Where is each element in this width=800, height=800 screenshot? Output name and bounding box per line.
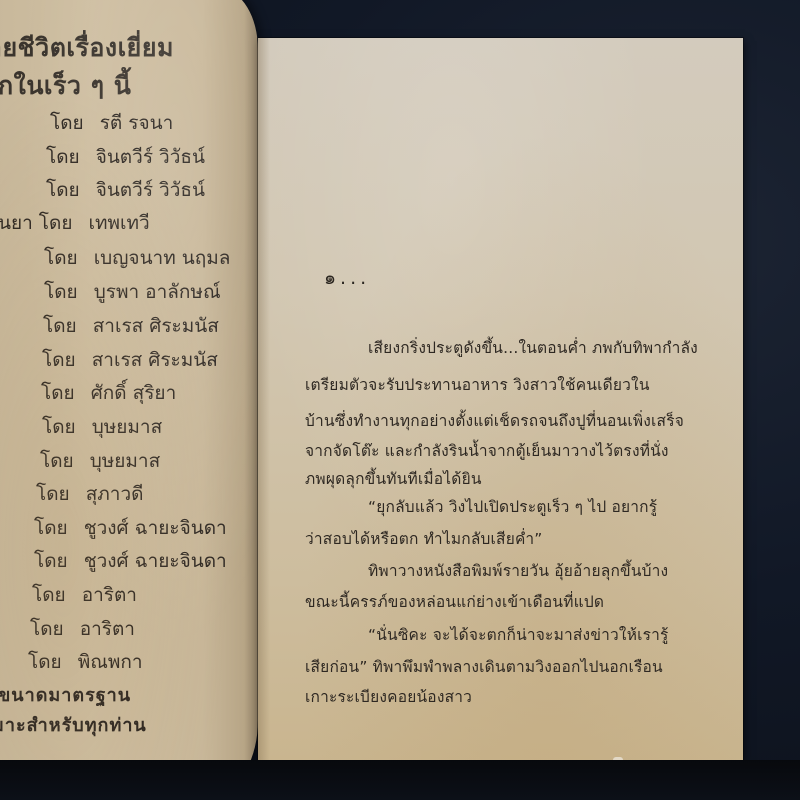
- by-label: โดย: [44, 243, 78, 273]
- text-line: ว่าสอบได้หรือตก ทำไมกลับเสียค่ำ”: [305, 526, 543, 551]
- author-name: จินตวีร์ วิวัธน์: [96, 175, 205, 205]
- by-label: โดย: [42, 412, 76, 442]
- list-item: โดยอาริตา: [30, 614, 135, 644]
- text-line: “นั่นซิคะ จะได้จะตกก็น่าจะมาส่งข่าวให้เร…: [368, 622, 669, 647]
- by-label: โดย: [39, 208, 73, 238]
- by-label: โดย: [41, 378, 75, 408]
- author-name: อาริตา: [82, 580, 137, 610]
- author-name: สุภาวดี: [86, 479, 144, 509]
- by-label: โดย: [44, 277, 78, 307]
- author-name: อาริตา: [80, 614, 135, 644]
- author-name: เทพเทวี: [88, 208, 149, 238]
- by-label: โดย: [28, 647, 62, 677]
- text-line: ทิพาวางหนังสือพิมพ์รายวัน อุ้ยอ้ายลุกขึ้…: [368, 558, 668, 583]
- list-item: โดยเบญจนาท นฤมล: [44, 243, 230, 273]
- list-item: โดยรตี รจนา: [50, 108, 173, 138]
- right-page-content: ๑... เสียงกริ่งประตูดังขึ้น...ในตอนค่ำ ภ…: [258, 38, 743, 760]
- by-label: โดย: [30, 614, 64, 644]
- list-item: โดยอาริตา: [32, 580, 137, 610]
- text-line: ขณะนี้ครรภ์ของหล่อนแก่ย่างเข้าเดือนที่แป…: [305, 589, 604, 614]
- text-line: เตรียมตัวจะรับประทานอาหาร วิงสาวใช้คนเดี…: [305, 372, 650, 397]
- author-name: รตี รจนา: [100, 108, 174, 138]
- list-item: โดยชูวงศ์ ฉายะจินดา: [34, 513, 227, 543]
- by-label: โดย: [34, 513, 68, 543]
- list-item: โดยบุษยมาส: [40, 446, 160, 476]
- author-name: บุษยมาส: [90, 446, 161, 476]
- author-name: เบญจนาท นฤมล: [94, 243, 231, 273]
- left-page: ายชีวิตเรื่องเยี่ยม กในเร็ว ๆ นี้ โดยรตี…: [0, 0, 258, 790]
- author-name: ศักดิ์ สุริยา: [91, 378, 177, 408]
- list-item: นยาโดยเทพเทวี: [0, 208, 150, 238]
- list-item: โดยชูวงศ์ ฉายะจินดา: [34, 546, 227, 576]
- text-line: เสียงกริ่งประตูดังขึ้น...ในตอนค่ำ ภพกับท…: [368, 335, 698, 360]
- list-item: โดยสาเรส ศิระมนัส: [43, 311, 219, 341]
- by-label: โดย: [46, 142, 80, 172]
- author-name: ชูวงศ์ ฉายะจินดา: [84, 513, 227, 543]
- list-item: โดยศักดิ์ สุริยา: [41, 378, 176, 408]
- right-page: ๑... เสียงกริ่งประตูดังขึ้น...ในตอนค่ำ ภ…: [258, 38, 743, 760]
- list-item: โดยสุภาวดี: [36, 479, 144, 509]
- book-photo: ายชีวิตเรื่องเยี่ยม กในเร็ว ๆ นี้ โดยรตี…: [0, 0, 800, 800]
- by-label: โดย: [50, 108, 84, 138]
- list-item: โดยสาเรส ศิระมนัส: [42, 345, 218, 375]
- author-name: จินตวีร์ วิวัธน์: [96, 142, 205, 172]
- by-label: โดย: [36, 479, 70, 509]
- list-item: โดยพิณพกา: [28, 647, 143, 677]
- by-label: โดย: [42, 345, 76, 375]
- text-line: บ้านซึ่งทำงานทุกอย่างตั้งแต่เช็ดรถจนถึงป…: [305, 408, 684, 433]
- author-name: สาเรส ศิระมนัส: [93, 311, 219, 341]
- text-line: เสียก่อน” ทิพาพึมพำพลางเดินตามวิงออกไปนอ…: [305, 654, 663, 679]
- by-label: โดย: [32, 580, 66, 610]
- by-label: โดย: [43, 311, 77, 341]
- list-item: โดยบุษยมาส: [42, 412, 162, 442]
- list-item: โดยจินตวีร์ วิวัธน์: [46, 142, 205, 172]
- text-line: ภพผุดลุกขึ้นทันทีเมื่อได้ยิน: [305, 466, 482, 491]
- list-item: โดยบูรพา อาลักษณ์: [44, 277, 221, 307]
- text-line: “ยุกลับแล้ว วิงไปเปิดประตูเร็ว ๆ ไป อยาก…: [368, 494, 657, 519]
- left-footer-line-1: ขนาดมาตรฐาน: [0, 680, 131, 709]
- by-label: โดย: [46, 175, 80, 205]
- by-label: โดย: [34, 546, 68, 576]
- author-name: บุษยมาส: [92, 412, 163, 442]
- text-line: จากจัดโต๊ะ และกำลังรินน้ำจากตู้เย็นมาวาง…: [305, 438, 669, 463]
- chapter-number: ๑...: [324, 263, 370, 293]
- author-name: พิณพกา: [78, 647, 143, 677]
- list-item: โดยจินตวีร์ วิวัธน์: [46, 175, 205, 205]
- by-label: โดย: [40, 446, 74, 476]
- left-heading-line-2: กในเร็ว ๆ นี้: [0, 66, 131, 106]
- left-footer-line-2: มาะสำหรับทุกท่าน: [0, 710, 147, 739]
- title-fragment: นยา: [0, 208, 33, 238]
- left-heading-line-1: ายชีวิตเรื่องเยี่ยม: [0, 28, 174, 68]
- author-name: บูรพา อาลักษณ์: [94, 277, 221, 307]
- author-name: สาเรส ศิระมนัส: [92, 345, 218, 375]
- table-surface-shadow: [0, 760, 800, 800]
- author-name: ชูวงศ์ ฉายะจินดา: [84, 546, 227, 576]
- text-line: เกาะระเบียงคอยน้องสาว: [305, 684, 472, 709]
